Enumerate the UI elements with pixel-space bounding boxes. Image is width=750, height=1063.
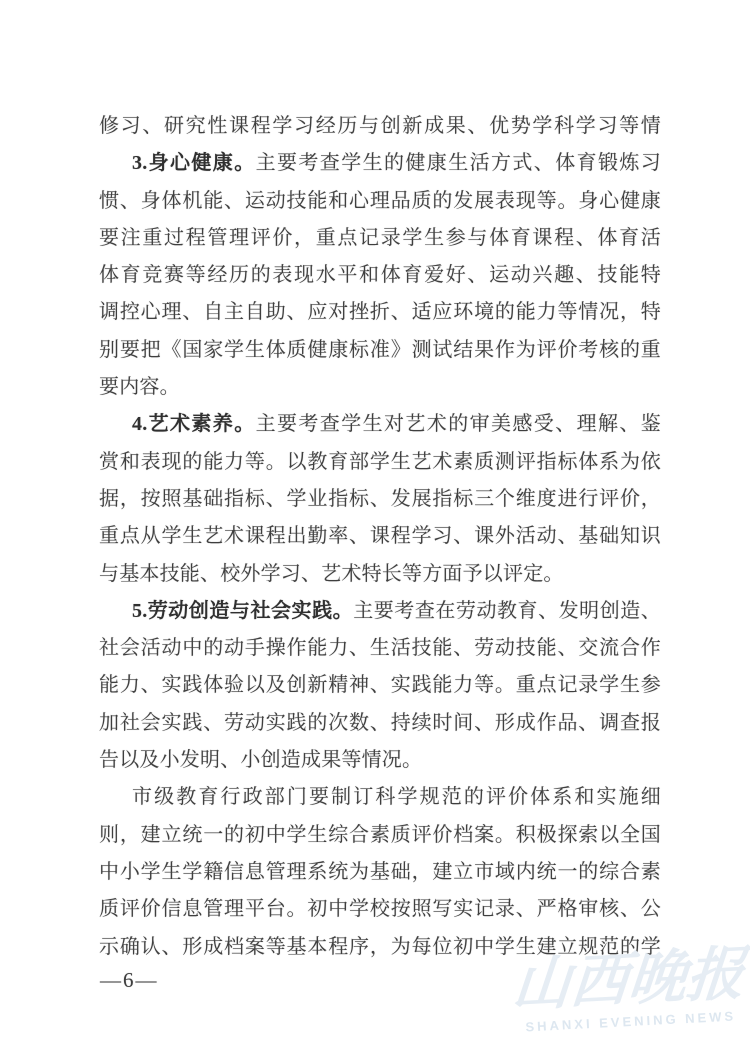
- body-text: 能力、实践体验以及创新精神、实践能力等。重点记录学生参: [99, 674, 661, 696]
- section-heading-text: 4.艺术素养。: [132, 413, 256, 435]
- body-text: 加社会实践、劳动实践的次数、持续时间、形成作品、调查报: [99, 712, 661, 734]
- text-line: 市级教育行政部门要制订科学规范的评价体系和实施细: [99, 779, 661, 816]
- body-text: 要内容。: [99, 376, 180, 398]
- text-line: 重点从学生艺术课程出勤率、课程学习、课外活动、基础知识: [99, 518, 661, 555]
- text-block: 修习、研究性课程学习经历与创新成果、优势学科学习等情况。3.身心健康。主要考查学…: [99, 108, 661, 966]
- body-text: 市级教育行政部门要制订科学规范的评价体系和实施细: [132, 786, 661, 808]
- section-heading-text: 5.劳动创造与社会实践。: [132, 600, 353, 622]
- body-text: 质评价信息管理平台。初中学校按照写实记录、严格审核、公: [99, 898, 661, 920]
- body-text: 调控心理、自主自助、应对挫折、适应环境的能力等情况，特: [99, 301, 661, 323]
- body-text: 别要把《国家学生体质健康标准》测试结果作为评价考核的重: [99, 339, 661, 361]
- body-text: 中小学生学籍信息管理系统为基础，建立市域内统一的综合素: [99, 861, 661, 883]
- text-line: 能力、实践体验以及创新精神、实践能力等。重点记录学生参: [99, 667, 661, 704]
- body-text: 示确认、形成档案等基本程序，为每位初中学生建立规范的学: [99, 936, 661, 958]
- text-line: 5.劳动创造与社会实践。主要考查在劳动教育、发明创造、: [99, 593, 661, 630]
- text-line: 质评价信息管理平台。初中学校按照写实记录、严格审核、公: [99, 891, 661, 928]
- body-text: 则，建立统一的初中学生综合素质评价档案。积极探索以全国: [99, 824, 661, 846]
- text-line: 中小学生学籍信息管理系统为基础，建立市域内统一的综合素: [99, 854, 661, 891]
- text-line: 修习、研究性课程学习经历与创新成果、优势学科学习等情况。: [99, 108, 661, 145]
- text-line: 4.艺术素养。主要考查学生对艺术的审美感受、理解、鉴: [99, 406, 661, 443]
- text-line: 调控心理、自主自助、应对挫折、适应环境的能力等情况，特: [99, 294, 661, 331]
- body-text: 要注重过程管理评价，重点记录学生参与体育课程、体育活动、: [99, 227, 661, 257]
- watermark-subtitle-text: SHANXI EVENING NEWS: [505, 1007, 750, 1035]
- body-text: 修习、研究性课程学习经历与创新成果、优势学科学习等情况。: [99, 115, 661, 145]
- text-line: 据，按照基础指标、学业指标、发展指标三个维度进行评价，: [99, 481, 661, 518]
- text-line: 社会活动中的动手操作能力、生活技能、劳动技能、交流合作: [99, 630, 661, 667]
- text-line: 要内容。: [99, 369, 661, 406]
- body-text: 告以及小发明、小创造成果等情况。: [99, 749, 422, 771]
- body-text: 主要考查在劳动教育、发明创造、: [353, 600, 661, 622]
- text-line: 告以及小发明、小创造成果等情况。: [99, 742, 661, 779]
- body-text: 主要考查学生的健康生活方式、体育锻炼习: [256, 152, 661, 174]
- body-text: 体育竞赛等经历的表现水平和体育爱好、运动兴趣、技能特长、: [99, 264, 661, 294]
- text-line: 3.身心健康。主要考查学生的健康生活方式、体育锻炼习: [99, 145, 661, 182]
- body-text: 据，按照基础指标、学业指标、发展指标三个维度进行评价，: [99, 488, 661, 510]
- text-line: 体育竞赛等经历的表现水平和体育爱好、运动兴趣、技能特长、: [99, 257, 661, 294]
- body-text: 赏和表现的能力等。以教育部学生艺术素质测评指标体系为依: [99, 451, 661, 473]
- section-heading-text: 3.身心健康。: [132, 152, 256, 174]
- text-line: 要注重过程管理评价，重点记录学生参与体育课程、体育活动、: [99, 220, 661, 257]
- text-line: 加社会实践、劳动实践的次数、持续时间、形成作品、调查报: [99, 705, 661, 742]
- text-line: 赏和表现的能力等。以教育部学生艺术素质测评指标体系为依: [99, 444, 661, 481]
- text-line: 则，建立统一的初中学生综合素质评价档案。积极探索以全国: [99, 817, 661, 854]
- body-text: 重点从学生艺术课程出勤率、课程学习、课外活动、基础知识: [99, 525, 661, 547]
- page-number: —6—: [100, 966, 159, 994]
- text-line: 与基本技能、校外学习、艺术特长等方面予以评定。: [99, 556, 661, 593]
- body-text: 主要考查学生对艺术的审美感受、理解、鉴: [256, 413, 661, 435]
- document-page: 修习、研究性课程学习经历与创新成果、优势学科学习等情况。3.身心健康。主要考查学…: [0, 0, 750, 1063]
- text-line: 别要把《国家学生体质健康标准》测试结果作为评价考核的重: [99, 332, 661, 369]
- text-line: 惯、身体机能、运动技能和心理品质的发展表现等。身心健康: [99, 183, 661, 220]
- body-text: 社会活动中的动手操作能力、生活技能、劳动技能、交流合作: [99, 637, 661, 659]
- body-text: 与基本技能、校外学习、艺术特长等方面予以评定。: [99, 563, 564, 585]
- text-line: 示确认、形成档案等基本程序，为每位初中学生建立规范的学: [99, 929, 661, 966]
- body-text: 惯、身体机能、运动技能和心理品质的发展表现等。身心健康: [99, 190, 661, 212]
